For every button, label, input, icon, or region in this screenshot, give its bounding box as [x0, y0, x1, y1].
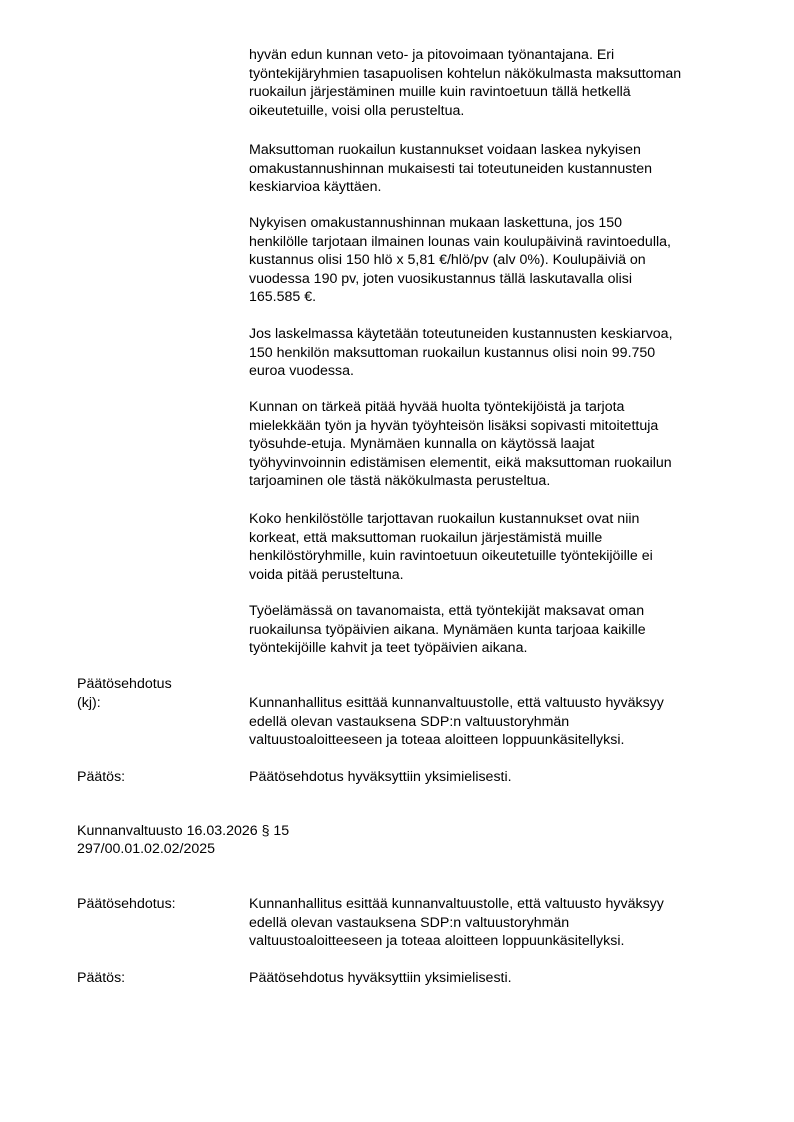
kv-proposal-text: Kunnanhallitus esittää kunnanvaltuustoll…: [249, 895, 729, 951]
kh-decision-text: Päätösehdotus hyväksyttiin yksimielisest…: [249, 768, 729, 787]
kv-header-line2: 297/00.01.02.02/2025: [77, 840, 215, 859]
body-paragraph: Jos laskelmassa käytetään toteutuneiden …: [249, 325, 729, 381]
body-paragraph: Kunnan on tärkeä pitää hyvää huolta työn…: [249, 398, 729, 491]
kv-header-line1: Kunnanvaltuusto 16.03.2026 § 15: [77, 822, 289, 841]
kh-decision-label: Päätös:: [77, 768, 125, 787]
body-paragraph: Nykyisen omakustannushinnan mukaan laske…: [249, 214, 729, 307]
body-paragraph: Koko henkilöstölle tarjottavan ruokailun…: [249, 510, 729, 584]
kv-proposal-label: Päätösehdotus:: [77, 895, 176, 914]
body-paragraph: Työelämässä on tavanomaista, että työnte…: [249, 602, 729, 658]
body-paragraph: Maksuttoman ruokailun kustannukset voida…: [249, 141, 729, 197]
kh-proposal-text: Kunnanhallitus esittää kunnanvaltuustoll…: [249, 694, 729, 750]
kv-decision-text: Päätösehdotus hyväksyttiin yksimielisest…: [249, 969, 729, 988]
kh-proposal-label-line2: (kj):: [77, 694, 101, 713]
kv-decision-label: Päätös:: [77, 969, 125, 988]
body-paragraph: hyvän edun kunnan veto- ja pitovoimaan t…: [249, 46, 729, 120]
kh-proposal-label-line1: Päätösehdotus: [77, 675, 172, 694]
